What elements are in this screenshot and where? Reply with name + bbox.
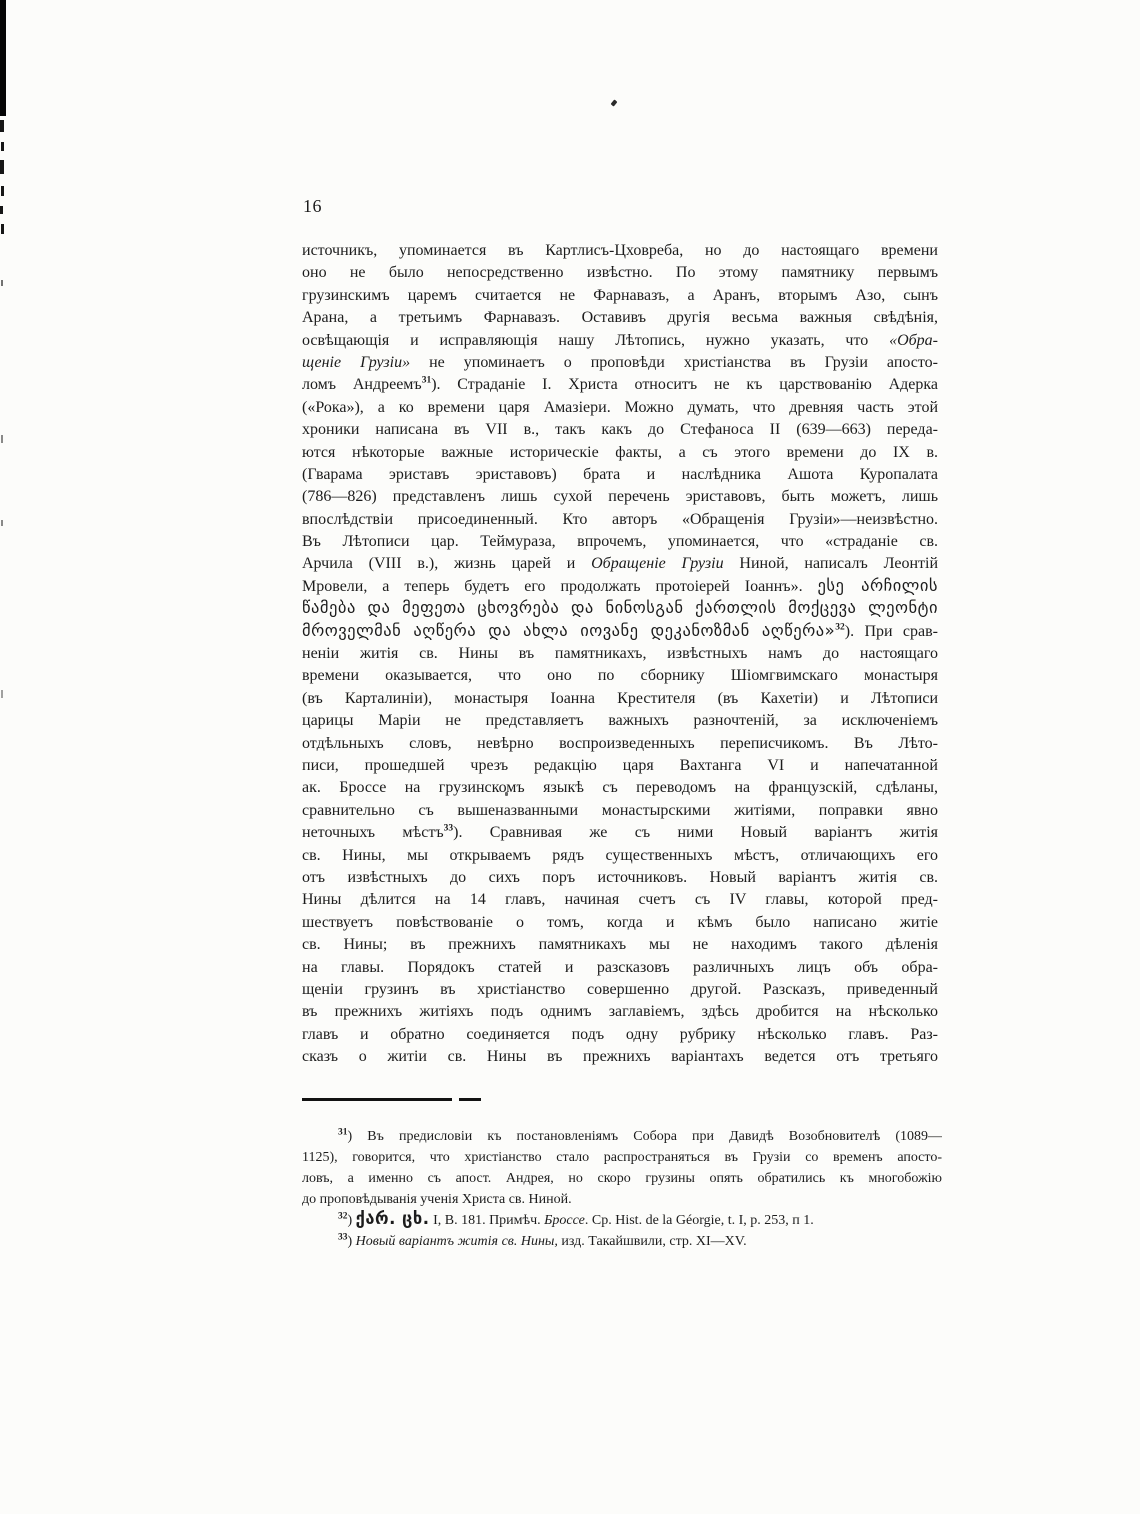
footnote-reference: 32 — [338, 1211, 348, 1221]
text-line: отъ извѣстныхъ до сихъ поръ источниковъ.… — [302, 867, 938, 889]
text-line: до проповѣдыванія ученія Христа св. Нино… — [302, 1189, 942, 1210]
scan-edge-artifact — [1, 280, 3, 286]
text-line: 31) Въ предисловіи къ постановленіямъ Со… — [302, 1126, 942, 1147]
scan-edge-artifact — [0, 206, 3, 214]
text-line: Арана, а третьимъ Фарнавазъ. Оставивъ др… — [302, 307, 938, 329]
text-line: წამება და მეფეთა ცხოვრება და ნინოსგან ქა… — [302, 598, 938, 620]
text-line: неточныхъ мѣстъ33). Сравнивая же съ ними… — [302, 822, 938, 844]
text-segment: писи, прошедшей чрезъ редакцію царя Вахт… — [302, 757, 938, 774]
text-segment: Нины дѣлится на 14 главъ, начиная счетъ … — [302, 891, 938, 908]
text-segment: на главы. Порядокъ статей и разсказовъ р… — [302, 959, 938, 976]
text-line: источникъ, упоминается въ Картлисъ-Цховр… — [302, 240, 938, 262]
text-line: въ прежнихъ житіяхъ подъ однимъ заглавіе… — [302, 1001, 938, 1023]
text-segment: 1125), говорится, что христіанство стало… — [302, 1150, 942, 1165]
text-line: Мровели, а теперь будетъ его продолжать … — [302, 576, 938, 598]
text-segment: (въ Карталиніи), монастыря Іоанна Крести… — [302, 690, 938, 707]
text-line: сказъ о житіи св. Нины въ прежнихъ варіа… — [302, 1046, 938, 1068]
text-segment: св. Нины, мы открываемъ рядъ существенны… — [302, 847, 938, 864]
text-segment: оно не было непосредственно извѣстно. По… — [302, 264, 938, 281]
text-segment: освѣщающія и исправляющія нашу Лѣтопись,… — [302, 332, 889, 349]
text-segment: не упоминаетъ о проповѣди христіанства в… — [410, 354, 938, 371]
text-segment: Арчила (VIII в.), жизнь царей и — [302, 555, 591, 572]
footnotes: 31) Въ предисловіи къ постановленіямъ Со… — [302, 1126, 942, 1252]
text-segment: впослѣдствіи присоединенный. Кто авторъ … — [302, 511, 938, 528]
text-line: ются нѣкоторые важные историческіе факты… — [302, 442, 938, 464]
scan-edge-artifact — [1, 224, 4, 234]
text-segment: сказъ о житіи св. Нины въ прежнихъ варіа… — [302, 1048, 938, 1065]
text-segment: источникъ, упоминается въ Картлисъ-Цховр… — [302, 242, 938, 259]
text-segment: Мровели, а теперь будетъ его продолжать … — [302, 578, 818, 595]
text-segment: მროველმან აღწერა და ახლა იოვანე დეკანოზმ… — [302, 621, 835, 640]
text-segment: ). Сравнивая же съ ними Новый варіантъ ж… — [453, 824, 938, 841]
text-segment: грузинскимъ царемъ считается не Фарнаваз… — [302, 287, 938, 304]
text-line: главъ и обратно соединяется подъ одну ру… — [302, 1024, 938, 1046]
main-text: источникъ, упоминается въ Картлисъ-Цховр… — [302, 240, 938, 1068]
text-line: неніи житія св. Нины въ памятникахъ, изв… — [302, 643, 938, 665]
text-line: царицы Маріи не представляетъ важныхъ ра… — [302, 710, 938, 732]
text-segment: отъ извѣстныхъ до сихъ поръ источниковъ.… — [302, 869, 938, 886]
text-segment: ) Въ предисловіи къ постановленіямъ Собо… — [348, 1129, 943, 1144]
scan-edge-artifact — [0, 0, 6, 116]
text-segment: щеніи грузинъ въ христіанство совершенно… — [302, 981, 938, 998]
footnote-separator — [302, 1098, 481, 1101]
text-line: ак. Броссе на грузинскомъ языкѣ съ перев… — [302, 777, 938, 799]
text-segment: «Обра- — [889, 332, 938, 349]
text-line: 33) Новый варіантъ житія св. Нины, изд. … — [302, 1231, 942, 1252]
text-segment: неніи житія св. Нины въ памятникахъ, изв… — [302, 645, 938, 662]
footnote-separator-dash — [459, 1098, 481, 1101]
text-segment: до проповѣдыванія ученія Христа св. Нино… — [302, 1192, 572, 1207]
text-segment: Ниной, написалъ Леонтій — [724, 555, 938, 572]
text-segment: Въ Лѣтописи цар. Теймураза, впрочемъ, уп… — [302, 533, 938, 550]
text-segment: ). При срав- — [845, 623, 938, 640]
text-line: («Рока»), а ко времени царя Амазіери. Мо… — [302, 397, 938, 419]
text-segment: Броссе — [544, 1213, 585, 1228]
text-line: освѣщающія и исправляющія нашу Лѣтопись,… — [302, 330, 938, 352]
text-segment: царицы Маріи не представляетъ важныхъ ра… — [302, 712, 938, 729]
text-line: 1125), говорится, что христіанство стало… — [302, 1147, 942, 1168]
text-line: 32) ქარ. ცხ. I, B. 181. Примѣч. Броссе. … — [302, 1210, 942, 1231]
text-segment: ესე არჩილის — [818, 576, 938, 595]
text-segment: ловъ, а именно съ апост. Андрея, но скор… — [302, 1171, 942, 1186]
text-line: на главы. Порядокъ статей и разсказовъ р… — [302, 957, 938, 979]
text-segment: ак. Броссе на грузинскомъ языкѣ съ перев… — [302, 779, 938, 796]
text-line: მროველმან აღწერა და ახლა იოვანე დეკანოზმ… — [302, 621, 938, 643]
scan-speck — [611, 99, 618, 106]
text-segment: I, B. 181. Примѣч. — [430, 1213, 545, 1228]
scan-edge-artifact — [0, 160, 4, 174]
text-line: грузинскимъ царемъ считается не Фарнаваз… — [302, 285, 938, 307]
footnote-separator-line — [302, 1098, 452, 1101]
text-segment: Арана, а третьимъ Фарнавазъ. Оставивъ др… — [302, 309, 938, 326]
text-line: ловъ, а именно съ апост. Андрея, но скор… — [302, 1168, 942, 1189]
text-line: Арчила (VIII в.), жизнь царей и Обращені… — [302, 553, 938, 575]
text-segment: ) — [348, 1234, 356, 1249]
text-segment: Обращеніе Грузіи — [591, 555, 724, 572]
text-segment: шествуетъ повѣствованіе о томъ, когда и … — [302, 914, 938, 931]
text-segment: хроники написана въ VII в., такъ какъ до… — [302, 421, 938, 438]
text-segment: времени оказывается, что оно по сборнику… — [302, 667, 938, 684]
page-number: 16 — [303, 196, 322, 217]
scan-edge-artifact — [1, 690, 3, 698]
text-segment: . Ср. Hist. de la Géorgie, t. I, p. 253,… — [585, 1213, 814, 1228]
scan-edge-artifact — [1, 186, 4, 196]
text-line: св. Нины, мы открываемъ рядъ существенны… — [302, 845, 938, 867]
text-line: сравнительно съ вышеназванными монастырс… — [302, 800, 938, 822]
text-line: щеніи грузинъ въ христіанство совершенно… — [302, 979, 938, 1001]
scan-edge-artifact — [1, 435, 3, 443]
footnote-reference: 31 — [338, 1127, 348, 1137]
text-segment: Новый варіантъ житія св. Нины, — [356, 1234, 558, 1249]
scan-edge-artifact — [1, 142, 4, 151]
text-line: писи, прошедшей чрезъ редакцію царя Вахт… — [302, 755, 938, 777]
text-segment: отдѣльныхъ словъ, невѣрно воспроизведенн… — [302, 735, 938, 752]
text-segment: ) — [348, 1213, 356, 1228]
text-segment: въ прежнихъ житіяхъ подъ однимъ заглавіе… — [302, 1003, 938, 1020]
footnote-reference: 31 — [422, 376, 432, 386]
text-segment: св. Нины; въ прежнихъ памятникахъ мы не … — [302, 936, 938, 953]
scan-edge-artifact — [0, 120, 4, 132]
text-segment: ). Страданіе I. Христа относитъ не къ ца… — [431, 376, 938, 393]
text-line: (786—826) представленъ лишь сухой перече… — [302, 486, 938, 508]
footnote-reference: 33 — [444, 824, 454, 834]
text-segment: ломъ Андреемъ — [302, 376, 422, 393]
book-page-scan: 16 источникъ, упоминается въ Картлисъ-Цх… — [0, 0, 1140, 1514]
text-line: отдѣльныхъ словъ, невѣрно воспроизведенн… — [302, 733, 938, 755]
scan-edge-artifact — [1, 520, 3, 526]
text-line: (въ Карталиніи), монастыря Іоанна Крести… — [302, 688, 938, 710]
text-line: Нины дѣлится на 14 главъ, начиная счетъ … — [302, 889, 938, 911]
text-line: ломъ Андреемъ31). Страданіе I. Христа от… — [302, 374, 938, 396]
text-line: оно не было непосредственно извѣстно. По… — [302, 262, 938, 284]
text-segment: (Гварама эриставъ эриставовъ) брата и на… — [302, 466, 938, 483]
text-segment: ქარ. ცხ. — [356, 1210, 430, 1228]
text-line: св. Нины; въ прежнихъ памятникахъ мы не … — [302, 934, 938, 956]
text-line: времени оказывается, что оно по сборнику… — [302, 665, 938, 687]
text-line: Въ Лѣтописи цар. Теймураза, впрочемъ, уп… — [302, 531, 938, 553]
footnote-reference: 32 — [835, 622, 845, 632]
text-segment: წამება და მეფეთა ცხოვრება და ნინოსგან ქა… — [302, 598, 938, 617]
text-line: хроники написана въ VII в., такъ какъ до… — [302, 419, 938, 441]
text-segment: щеніе Грузіи» — [302, 354, 410, 371]
text-segment: ются нѣкоторые важные историческіе факты… — [302, 444, 938, 461]
text-segment: главъ и обратно соединяется подъ одну ру… — [302, 1026, 938, 1043]
text-segment: изд. Такайшвили, стр. XI—XV. — [558, 1234, 747, 1249]
text-line: (Гварама эриставъ эриставовъ) брата и на… — [302, 464, 938, 486]
text-segment: сравнительно съ вышеназванными монастырс… — [302, 802, 938, 819]
text-segment: («Рока»), а ко времени царя Амазіери. Мо… — [302, 399, 938, 416]
text-segment: (786—826) представленъ лишь сухой перече… — [302, 488, 938, 505]
footnote-reference: 33 — [338, 1232, 348, 1242]
text-line: шествуетъ повѣствованіе о томъ, когда и … — [302, 912, 938, 934]
text-line: впослѣдствіи присоединенный. Кто авторъ … — [302, 509, 938, 531]
text-segment: неточныхъ мѣстъ — [302, 824, 444, 841]
text-line: щеніе Грузіи» не упоминаетъ о проповѣди … — [302, 352, 938, 374]
